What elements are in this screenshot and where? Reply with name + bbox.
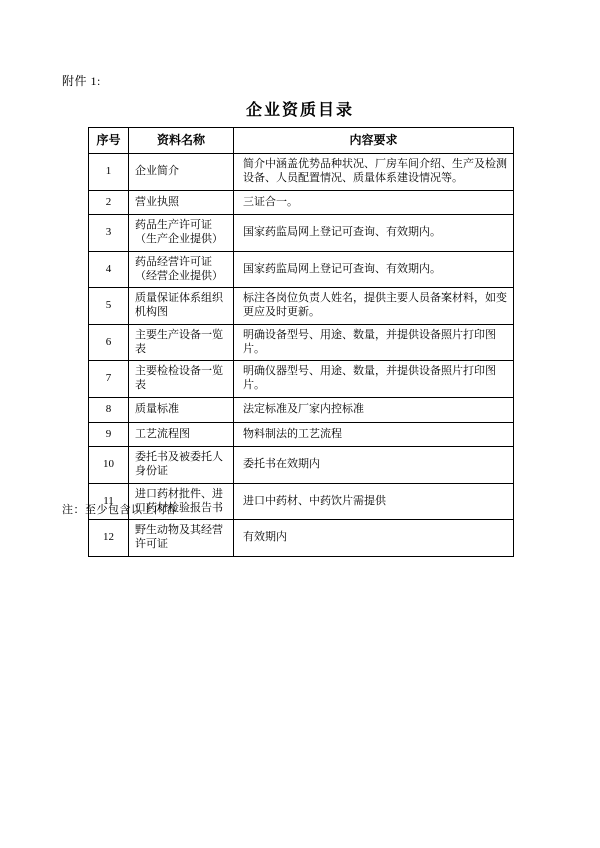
cell-req: 三证合一。 xyxy=(234,190,514,215)
table-row: 12野生动物及其经营许可证有效期内 xyxy=(89,520,514,557)
document-page: 附件 1: 企业资质目录 序号 资料名称 内容要求 1企业简介简介中涵盖优势品种… xyxy=(0,0,600,848)
cell-no: 3 xyxy=(89,215,129,252)
table-row: 4药品经营许可证（经营企业提供）国家药监局网上登记可查询、有效期内。 xyxy=(89,251,514,288)
table-row: 8质量标准法定标准及厂家内控标准 xyxy=(89,397,514,422)
footnote: 注：至少包含以上内容 xyxy=(62,501,177,517)
column-header-no: 序号 xyxy=(89,128,129,154)
cell-no: 7 xyxy=(89,361,129,398)
cell-no: 4 xyxy=(89,251,129,288)
qualification-table: 序号 资料名称 内容要求 1企业简介简介中涵盖优势品种状况、厂房车间介绍、生产及… xyxy=(88,127,514,557)
cell-no: 9 xyxy=(89,422,129,447)
cell-req: 简介中涵盖优势品种状况、厂房车间介绍、生产及检测设备、人员配置情况、质量体系建设… xyxy=(234,154,514,191)
table-header-row: 序号 资料名称 内容要求 xyxy=(89,128,514,154)
cell-name: 工艺流程图 xyxy=(129,422,234,447)
table-row: 1企业简介简介中涵盖优势品种状况、厂房车间介绍、生产及检测设备、人员配置情况、质… xyxy=(89,154,514,191)
attachment-label: 附件 1: xyxy=(62,72,101,89)
cell-name: 主要生产设备一览表 xyxy=(129,324,234,361)
cell-req: 进口中药材、中药饮片需提供 xyxy=(234,483,514,520)
table-row: 7主要检检设备一览表明确仪器型号、用途、数量，并提供设备照片打印图片。 xyxy=(89,361,514,398)
table-row: 10委托书及被委托人身份证委托书在效期内 xyxy=(89,447,514,484)
cell-no: 10 xyxy=(89,447,129,484)
cell-no: 5 xyxy=(89,288,129,325)
table-row: 9工艺流程图物料制法的工艺流程 xyxy=(89,422,514,447)
cell-name: 委托书及被委托人身份证 xyxy=(129,447,234,484)
cell-no: 2 xyxy=(89,190,129,215)
table-row: 2营业执照三证合一。 xyxy=(89,190,514,215)
cell-req: 明确仪器型号、用途、数量，并提供设备照片打印图片。 xyxy=(234,361,514,398)
cell-req: 国家药监局网上登记可查询、有效期内。 xyxy=(234,251,514,288)
cell-req: 有效期内 xyxy=(234,520,514,557)
table-row: 5质量保证体系组织机构图标注各岗位负责人姓名，提供主要人员备案材料，如变更应及时… xyxy=(89,288,514,325)
table-row: 3药品生产许可证（生产企业提供）国家药监局网上登记可查询、有效期内。 xyxy=(89,215,514,252)
cell-name: 野生动物及其经营许可证 xyxy=(129,520,234,557)
cell-no: 1 xyxy=(89,154,129,191)
cell-name: 药品经营许可证（经营企业提供） xyxy=(129,251,234,288)
cell-no: 8 xyxy=(89,397,129,422)
cell-req: 标注各岗位负责人姓名，提供主要人员备案材料，如变更应及时更新。 xyxy=(234,288,514,325)
cell-req: 明确设备型号、用途、数量，并提供设备照片打印图片。 xyxy=(234,324,514,361)
table-row: 6主要生产设备一览表明确设备型号、用途、数量，并提供设备照片打印图片。 xyxy=(89,324,514,361)
cell-name: 企业简介 xyxy=(129,154,234,191)
cell-name: 质量标准 xyxy=(129,397,234,422)
column-header-req: 内容要求 xyxy=(234,128,514,154)
cell-name: 主要检检设备一览表 xyxy=(129,361,234,398)
cell-name: 药品生产许可证（生产企业提供） xyxy=(129,215,234,252)
cell-name: 营业执照 xyxy=(129,190,234,215)
cell-req: 委托书在效期内 xyxy=(234,447,514,484)
table-body: 1企业简介简介中涵盖优势品种状况、厂房车间介绍、生产及检测设备、人员配置情况、质… xyxy=(89,154,514,557)
cell-name: 质量保证体系组织机构图 xyxy=(129,288,234,325)
cell-req: 物料制法的工艺流程 xyxy=(234,422,514,447)
cell-req: 法定标准及厂家内控标准 xyxy=(234,397,514,422)
column-header-name: 资料名称 xyxy=(129,128,234,154)
cell-req: 国家药监局网上登记可查询、有效期内。 xyxy=(234,215,514,252)
cell-no: 6 xyxy=(89,324,129,361)
page-title: 企业资质目录 xyxy=(0,97,600,120)
cell-no: 12 xyxy=(89,520,129,557)
